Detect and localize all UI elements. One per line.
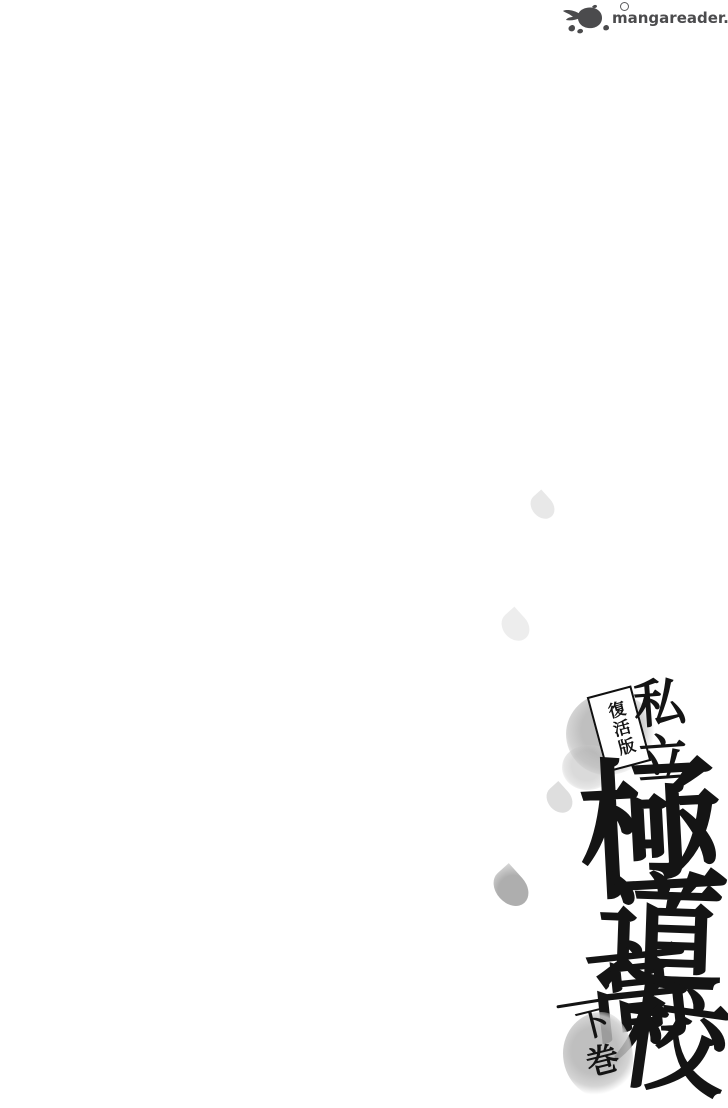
petal-decoration — [496, 607, 535, 647]
petal-decoration — [486, 863, 535, 913]
petal-decoration — [541, 781, 577, 818]
site-watermark: mangareader.net — [562, 2, 726, 36]
manga-page[interactable]: mangareader.net 復活版 私立 極 道 高 校 下巻 — [0, 0, 728, 1108]
petal-decoration — [526, 489, 560, 523]
watermark-site-name: mangareader.net — [612, 9, 728, 27]
mangareader-logo-icon — [562, 4, 614, 36]
